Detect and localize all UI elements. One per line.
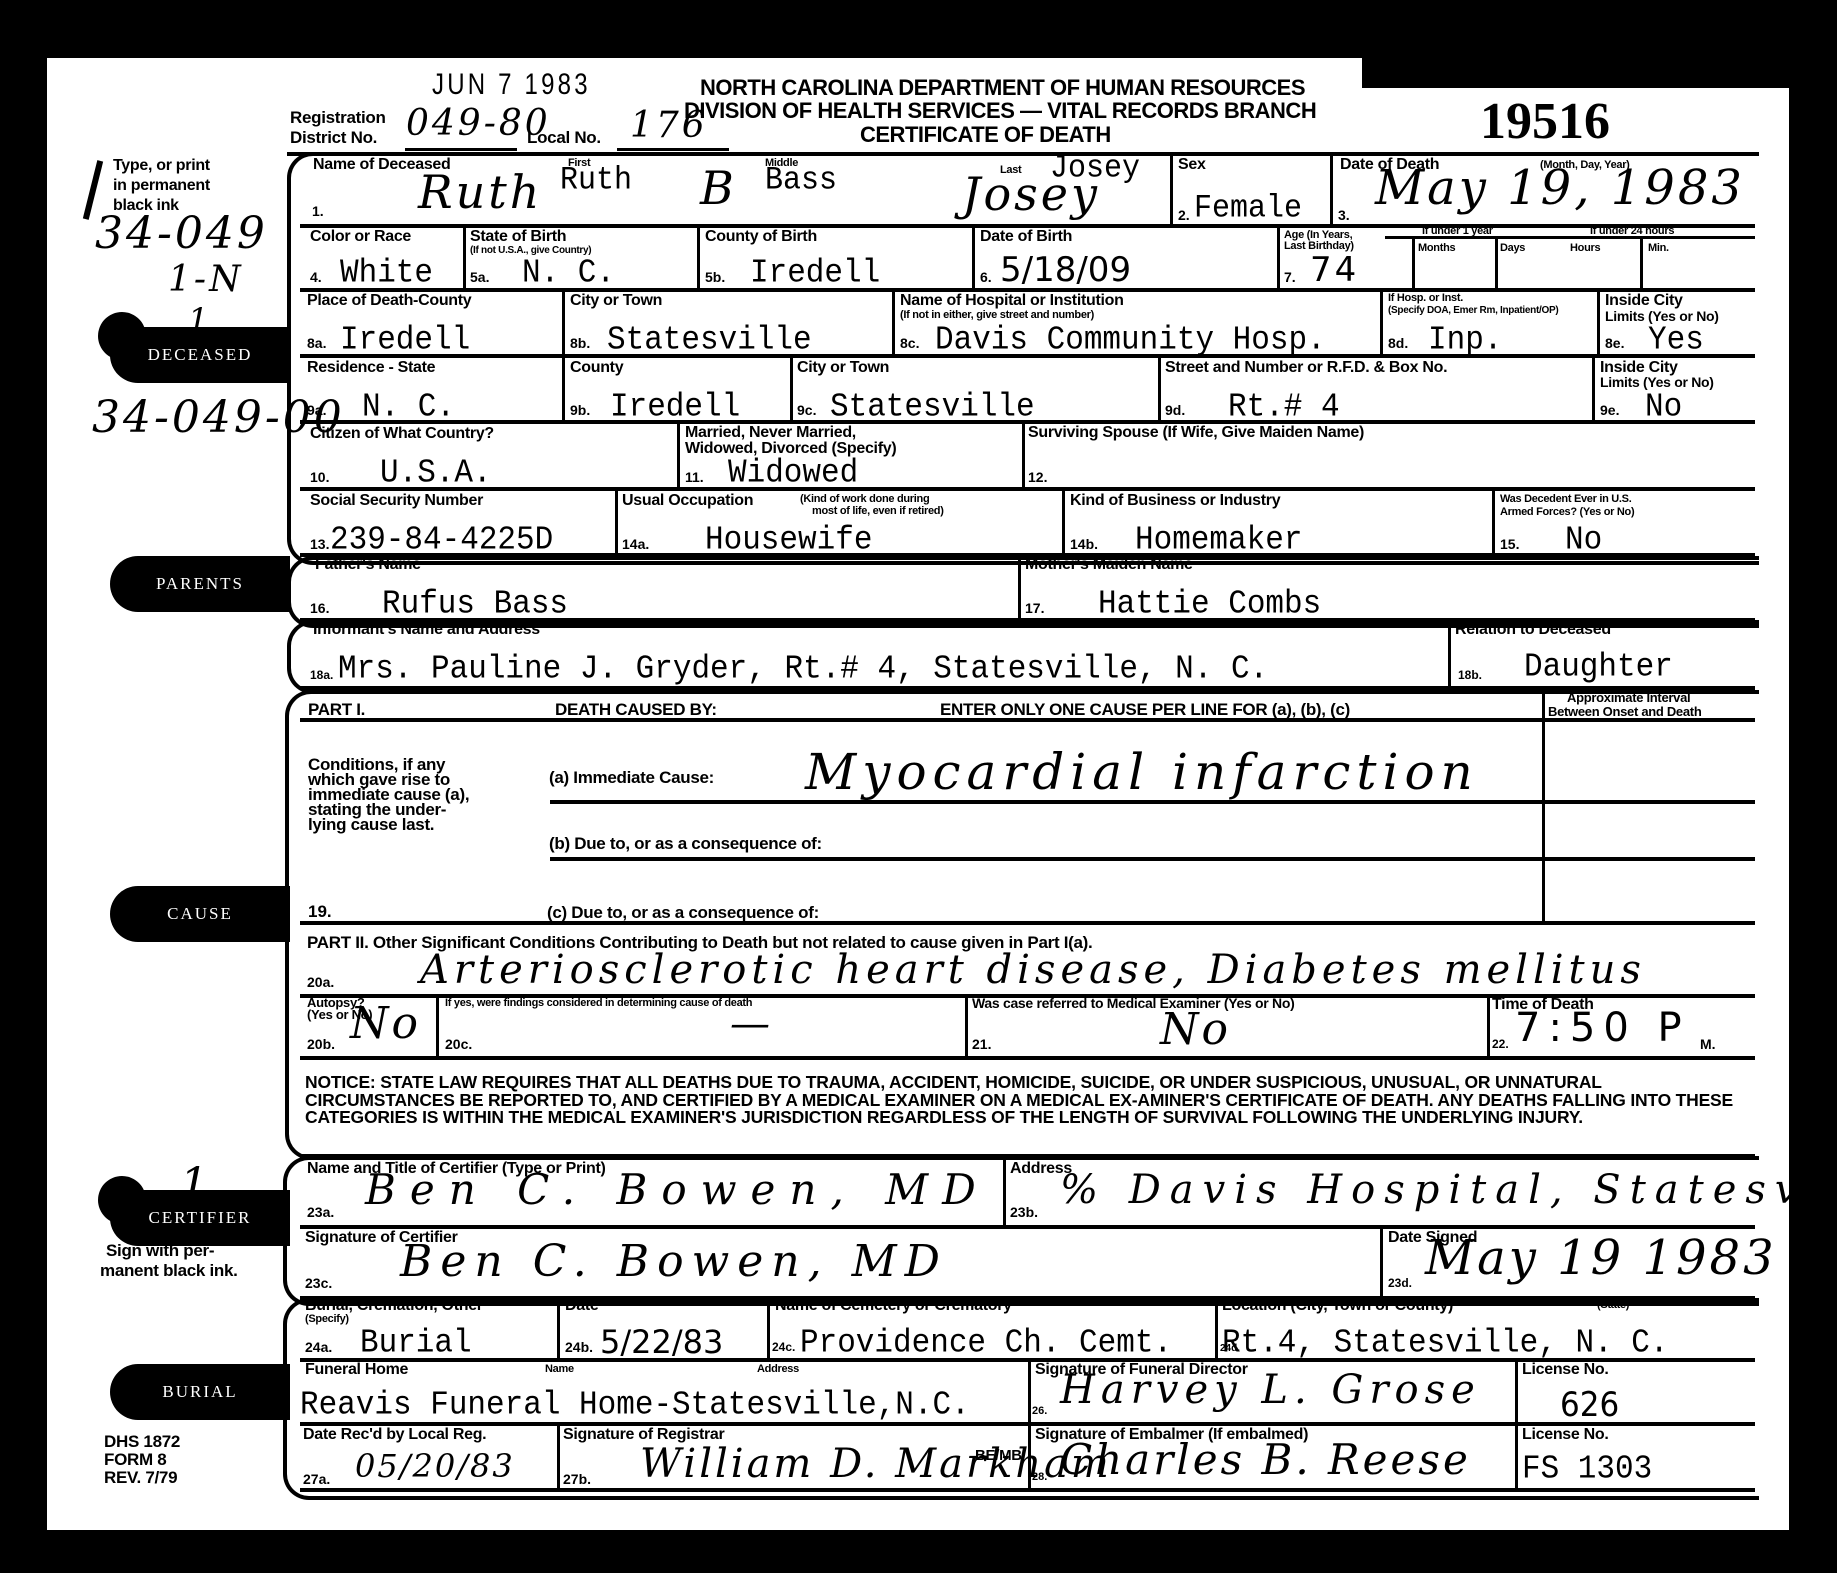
date-received-label: Date Rec'd by Local Reg. bbox=[303, 1427, 486, 1443]
immediate-cause-value: Myocardial infarction bbox=[805, 752, 1479, 792]
divider bbox=[1412, 238, 1415, 288]
divider bbox=[1492, 487, 1495, 553]
field-24b-num: 24b. bbox=[565, 1340, 593, 1354]
first-name-handwritten: Ruth bbox=[418, 172, 542, 212]
citizen-label: Citizen of What Country? bbox=[310, 426, 494, 442]
registration-label: Registration bbox=[290, 110, 386, 126]
embalmer-license-value: FS 1303 bbox=[1522, 1453, 1652, 1486]
relation-label: Relation to Deceased bbox=[1455, 622, 1611, 638]
divider bbox=[1170, 154, 1173, 224]
residence-city-value: Statesville bbox=[830, 391, 1035, 424]
occupation-hint-2: most of life, even if retired) bbox=[812, 506, 944, 517]
interval-label-1: Approximate Interval bbox=[1567, 692, 1690, 703]
rule bbox=[300, 1056, 1755, 1060]
field-18a-num: 18a. bbox=[310, 668, 333, 682]
under-1-year-label: If under 1 year bbox=[1422, 226, 1493, 237]
time-of-death-value: 7:50 P bbox=[1515, 1008, 1690, 1048]
citizen-value: U.S.A. bbox=[380, 457, 492, 490]
medical-examiner-label: Was case referred to Medical Examiner (Y… bbox=[972, 998, 1294, 1009]
certifier-tab-knob bbox=[98, 1176, 146, 1224]
form-id-1: DHS 1872 bbox=[104, 1434, 180, 1450]
state-of-birth-value: N. C. bbox=[522, 257, 615, 290]
divider bbox=[1022, 420, 1025, 487]
field-11-num: 11. bbox=[685, 470, 704, 484]
age-label: Age (In Years, Last Birthday) bbox=[1284, 230, 1374, 252]
divider bbox=[1592, 354, 1595, 420]
divider bbox=[562, 354, 565, 420]
funeral-home-address-label: Address bbox=[757, 1364, 799, 1375]
conditions-note-5: lying cause last. bbox=[308, 817, 434, 832]
divider bbox=[892, 288, 895, 354]
divider bbox=[790, 354, 793, 420]
divider bbox=[1330, 154, 1333, 224]
autopsy-value: No bbox=[350, 1004, 421, 1044]
divider bbox=[972, 224, 975, 288]
rule bbox=[300, 1296, 1755, 1300]
divider bbox=[767, 1296, 770, 1358]
county-of-birth-value: Iredell bbox=[750, 257, 880, 290]
hosp-status-value: Inp. bbox=[1428, 324, 1502, 357]
field-1-num: 1. bbox=[312, 204, 324, 218]
location-state-label: (State) bbox=[1597, 1300, 1629, 1311]
form-id-2: FORM 8 bbox=[104, 1452, 166, 1468]
divider bbox=[1542, 688, 1545, 921]
county-of-birth-label: County of Birth bbox=[705, 229, 817, 245]
sign-instruction-2: manent black ink. bbox=[100, 1263, 238, 1279]
field-15-num: 15. bbox=[1500, 537, 1519, 551]
field-14b-num: 14b. bbox=[1070, 537, 1098, 551]
margin-instruction-2: in permanent bbox=[113, 178, 210, 194]
disposition-label: Burial, Cremation, Other bbox=[305, 1298, 483, 1314]
margin-instruction-1: Type, or print bbox=[113, 158, 210, 174]
certifier-name-value: Ben C. Bowen, MD bbox=[365, 1170, 990, 1210]
field-23a-num: 23a. bbox=[307, 1205, 334, 1219]
funeral-home-name-label: Name bbox=[545, 1364, 574, 1375]
divider bbox=[557, 1296, 560, 1358]
margin-code-1: 34-049 bbox=[95, 214, 268, 254]
field-27b-num: 27b. bbox=[563, 1472, 591, 1486]
findings-label: If yes, were findings considered in dete… bbox=[445, 998, 752, 1009]
cemetery-label: Name of Cemetery or Crematory bbox=[775, 1298, 1012, 1314]
residence-county-label: County bbox=[570, 360, 623, 376]
divider bbox=[697, 224, 700, 288]
business-value: Homemaker bbox=[1135, 524, 1302, 557]
field-14a-num: 14a. bbox=[622, 537, 649, 551]
field-8a-num: 8a. bbox=[307, 336, 326, 350]
form-id-3: REV. 7/79 bbox=[104, 1470, 177, 1486]
field-20b-num: 20b. bbox=[307, 1037, 335, 1051]
findings-value: — bbox=[730, 1004, 773, 1044]
residence-inside-city-value: No bbox=[1645, 391, 1682, 424]
field-22-num: 22. bbox=[1492, 1037, 1509, 1051]
field-9e-num: 9e. bbox=[1600, 403, 1619, 417]
divider bbox=[463, 224, 466, 288]
under-24-hours-label: If under 24 hours bbox=[1590, 226, 1674, 237]
field-20a-num: 20a. bbox=[307, 975, 334, 989]
field-23c-num: 23c. bbox=[305, 1276, 332, 1290]
director-license-label: License No. bbox=[1522, 1362, 1609, 1378]
field-6-num: 6. bbox=[980, 270, 992, 284]
field-23b-num: 23b. bbox=[1010, 1205, 1038, 1219]
spouse-label: Surviving Spouse (If Wife, Give Maiden N… bbox=[1028, 425, 1364, 441]
immediate-cause-label: (a) Immediate Cause: bbox=[549, 770, 714, 786]
death-inside-city-hint: Limits (Yes or No) bbox=[1605, 311, 1719, 322]
informant-value: Mrs. Pauline J. Gryder, Rt.# 4, Statesvi… bbox=[338, 653, 1268, 686]
burial-date-label: Date bbox=[565, 1298, 598, 1314]
residence-state-value: N. C. bbox=[362, 391, 455, 424]
header-division: DIVISION OF HEALTH SERVICES — VITAL RECO… bbox=[684, 99, 1316, 123]
header-title: CERTIFICATE OF DEATH bbox=[860, 123, 1111, 147]
first-name-typed: Ruth bbox=[560, 165, 632, 198]
field-23d-num: 23d. bbox=[1388, 1276, 1412, 1290]
field-3-num: 3. bbox=[1338, 208, 1350, 222]
enter-one-cause-label: ENTER ONLY ONE CAUSE PER LINE FOR (a), (… bbox=[940, 702, 1350, 718]
rule bbox=[300, 487, 1755, 491]
district-label: District No. bbox=[290, 130, 377, 146]
field-9a-num: 9a. bbox=[307, 403, 326, 417]
field-5a-num: 5a. bbox=[470, 270, 489, 284]
divider bbox=[1003, 1156, 1006, 1225]
deceased-tab-knob bbox=[98, 312, 146, 360]
local-underline bbox=[617, 148, 729, 151]
middle-name-typed: Bass bbox=[765, 165, 837, 198]
field-8e-num: 8e. bbox=[1605, 336, 1624, 350]
relation-value: Daughter bbox=[1524, 651, 1673, 684]
marital-label: Married, Never Married, bbox=[685, 425, 856, 441]
margin-code-2: 1-N bbox=[168, 260, 244, 300]
residence-street-value: Rt.# 4 bbox=[1228, 391, 1340, 424]
section-tab-cause: CAUSE bbox=[110, 886, 290, 942]
hosp-status-label: If Hosp. or Inst. bbox=[1388, 293, 1463, 304]
last-name-handwritten: Josey bbox=[962, 174, 1100, 214]
residence-city-label: City or Town bbox=[797, 360, 889, 376]
death-county-value: Iredell bbox=[340, 324, 470, 357]
death-city-label: City or Town bbox=[570, 293, 662, 309]
field-19-num: 19. bbox=[308, 905, 332, 919]
death-caused-by-label: DEATH CAUSED BY: bbox=[555, 702, 717, 718]
rule bbox=[300, 921, 1755, 925]
field-9c-num: 9c. bbox=[797, 403, 816, 417]
occupation-hint-1: (Kind of work done during bbox=[800, 494, 929, 505]
field-28-num: 28. bbox=[1032, 1470, 1047, 1484]
field-21-num: 21. bbox=[972, 1037, 991, 1051]
medical-examiner-notice: NOTICE: STATE LAW REQUIRES THAT ALL DEAT… bbox=[305, 1074, 1755, 1127]
district-underline bbox=[405, 148, 517, 151]
father-label: Father's Name bbox=[315, 557, 421, 573]
occupation-label: Usual Occupation bbox=[622, 493, 753, 509]
burial-date-value: 5/22/83 bbox=[600, 1322, 723, 1362]
field-9d-num: 9d. bbox=[1165, 403, 1185, 417]
date-of-birth-value: 5/18/09 bbox=[1000, 250, 1131, 290]
field-5b-num: 5b. bbox=[705, 270, 725, 284]
field-8c-num: 8c. bbox=[900, 336, 919, 350]
location-label: Location (City, Town or County) bbox=[1222, 1298, 1453, 1314]
min-label: Min. bbox=[1648, 243, 1669, 254]
business-label: Kind of Business or Industry bbox=[1070, 493, 1280, 509]
certifier-address-value: % Davis Hospital, Statesville bbox=[1060, 1170, 1837, 1210]
armed-forces-hint: Armed Forces? (Yes or No) bbox=[1500, 507, 1634, 518]
part-1-label: PART I. bbox=[308, 702, 365, 718]
hours-label: Hours bbox=[1570, 243, 1600, 254]
field-24a-num: 24a. bbox=[305, 1340, 332, 1354]
rule bbox=[300, 1154, 1755, 1158]
divider bbox=[1448, 618, 1451, 686]
divider bbox=[1062, 487, 1065, 553]
divider bbox=[1215, 1296, 1218, 1358]
mother-label: Mother's Maiden Name bbox=[1025, 557, 1193, 573]
funeral-home-value: Reavis Funeral Home-Statesville,N.C. bbox=[300, 1389, 970, 1422]
residence-inside-city-hint: Limits (Yes or No) bbox=[1600, 377, 1714, 388]
divider bbox=[562, 288, 565, 354]
hospital-label: Name of Hospital or Institution bbox=[900, 293, 1124, 309]
death-inside-city-label: Inside City bbox=[1605, 293, 1683, 309]
rule bbox=[300, 1225, 1755, 1229]
divider bbox=[1640, 238, 1643, 288]
funeral-director-signature: Harvey L. Grose bbox=[1060, 1370, 1481, 1410]
field-2-num: 2. bbox=[1178, 208, 1190, 222]
race-value: White bbox=[340, 257, 433, 290]
field-8b-num: 8b. bbox=[570, 336, 590, 350]
death-city-value: Statesville bbox=[607, 324, 812, 357]
field-10-num: 10. bbox=[310, 470, 329, 484]
divider bbox=[615, 487, 618, 553]
field-8d-num: 8d. bbox=[1388, 336, 1408, 350]
date-signed-value: May 19 1983 bbox=[1425, 1238, 1777, 1278]
cemetery-value: Providence Ch. Cemt. bbox=[800, 1327, 1172, 1360]
divider bbox=[1158, 354, 1161, 420]
divider bbox=[965, 994, 968, 1056]
field-4-num: 4. bbox=[310, 270, 322, 284]
residence-state-label: Residence - State bbox=[307, 360, 435, 376]
date-of-death-value: May 19, 1983 bbox=[1375, 168, 1745, 208]
divider bbox=[1277, 224, 1280, 288]
hospital-value: Davis Community Hosp. bbox=[935, 324, 1326, 357]
hosp-status-hint: (Specify DOA, Emer Rm, Inpatient/OP) bbox=[1388, 305, 1588, 316]
rule bbox=[300, 1488, 1755, 1492]
due-to-c-label: (c) Due to, or as a consequence of: bbox=[547, 905, 819, 921]
field-17-num: 17. bbox=[1025, 601, 1044, 615]
divider bbox=[436, 994, 439, 1056]
state-of-birth-label: State of Birth bbox=[470, 229, 566, 245]
informant-label: Informant's Name and Address bbox=[313, 622, 540, 638]
race-label: Color or Race bbox=[310, 229, 411, 245]
field-16-num: 16. bbox=[310, 601, 329, 615]
field-12-num: 12. bbox=[1028, 470, 1047, 484]
sex-value: Female bbox=[1194, 193, 1302, 226]
residence-street-label: Street and Number or R.F.D. & Box No. bbox=[1165, 360, 1447, 376]
rule bbox=[287, 152, 1755, 156]
local-no: 176 bbox=[630, 106, 708, 146]
days-label: Days bbox=[1500, 243, 1525, 254]
scan-edge bbox=[1362, 52, 1837, 88]
section-tab-burial: BURIAL bbox=[110, 1364, 290, 1420]
interval-label-2: Between Onset and Death bbox=[1548, 706, 1701, 717]
divider bbox=[1597, 288, 1600, 354]
sex-label: Sex bbox=[1178, 157, 1206, 173]
funeral-home-label: Funeral Home bbox=[305, 1362, 408, 1378]
received-stamp: JUN 7 1983 bbox=[432, 68, 591, 102]
divider bbox=[1495, 238, 1498, 288]
field-26-num: 26. bbox=[1032, 1404, 1047, 1418]
embalmer-license-label: License No. bbox=[1522, 1427, 1609, 1443]
due-to-b-label: (b) Due to, or as a consequence of: bbox=[549, 836, 822, 852]
field-7-num: 7. bbox=[1284, 270, 1296, 284]
father-value: Rufus Bass bbox=[382, 588, 568, 621]
registrar-suffix: BE/MB bbox=[975, 1450, 1022, 1461]
marital-value: Widowed bbox=[728, 457, 858, 490]
header-department: NORTH CAROLINA DEPARTMENT OF HUMAN RESOU… bbox=[700, 76, 1305, 100]
middle-name-handwritten: B bbox=[700, 168, 737, 208]
occupation-value: Housewife bbox=[705, 524, 872, 557]
divider bbox=[1487, 994, 1490, 1056]
death-county-label: Place of Death-County bbox=[307, 293, 471, 309]
field-13-num: 13. bbox=[310, 537, 329, 551]
date-of-birth-label: Date of Birth bbox=[980, 229, 1072, 245]
armed-forces-label: Was Decedent Ever in U.S. bbox=[1500, 494, 1631, 505]
months-label: Months bbox=[1418, 243, 1455, 254]
mother-value: Hattie Combs bbox=[1098, 588, 1321, 621]
field-18b-num: 18b. bbox=[1458, 668, 1482, 682]
divider bbox=[1018, 553, 1021, 618]
embalmer-signature: Charles B. Reese bbox=[1060, 1440, 1471, 1480]
disposition-hint: (Specify) bbox=[305, 1314, 349, 1325]
location-value: Rt.4, Statesville, N. C. bbox=[1222, 1327, 1668, 1360]
other-conditions-value: Arteriosclerotic heart disease, Diabetes… bbox=[420, 950, 1646, 990]
local-label: Local No. bbox=[527, 130, 601, 146]
ssn-label: Social Security Number bbox=[310, 493, 483, 509]
certifier-signature-value: Ben C. Bowen, MD bbox=[400, 1242, 948, 1282]
divider bbox=[1380, 288, 1383, 354]
medical-examiner-value: No bbox=[1160, 1010, 1231, 1050]
director-license-value: 626 bbox=[1560, 1389, 1619, 1422]
divider bbox=[1380, 1225, 1383, 1296]
divider bbox=[1515, 1358, 1518, 1488]
divider bbox=[557, 1422, 560, 1488]
rule bbox=[550, 857, 1755, 861]
disposition-value: Burial bbox=[360, 1327, 472, 1360]
armed-forces-value: No bbox=[1565, 524, 1602, 557]
death-inside-city-value: Yes bbox=[1648, 324, 1704, 357]
field-24c-num: 24c. bbox=[772, 1340, 795, 1354]
time-of-death-suffix: M. bbox=[1700, 1037, 1716, 1051]
age-value: 74 bbox=[1310, 250, 1359, 290]
ssn-value: 239-84-4225D bbox=[330, 524, 553, 557]
section-tab-parents: PARENTS bbox=[110, 556, 290, 612]
field-20c-num: 20c. bbox=[445, 1037, 472, 1051]
field-9b-num: 9b. bbox=[570, 403, 590, 417]
residence-county-value: Iredell bbox=[610, 391, 740, 424]
divider bbox=[677, 420, 680, 487]
certificate-number: 19516 bbox=[1480, 92, 1610, 151]
date-received-value: 05/20/83 bbox=[355, 1446, 515, 1486]
hospital-hint: (If not in either, give street and numbe… bbox=[900, 310, 1094, 321]
field-27a-num: 27a. bbox=[303, 1472, 330, 1486]
